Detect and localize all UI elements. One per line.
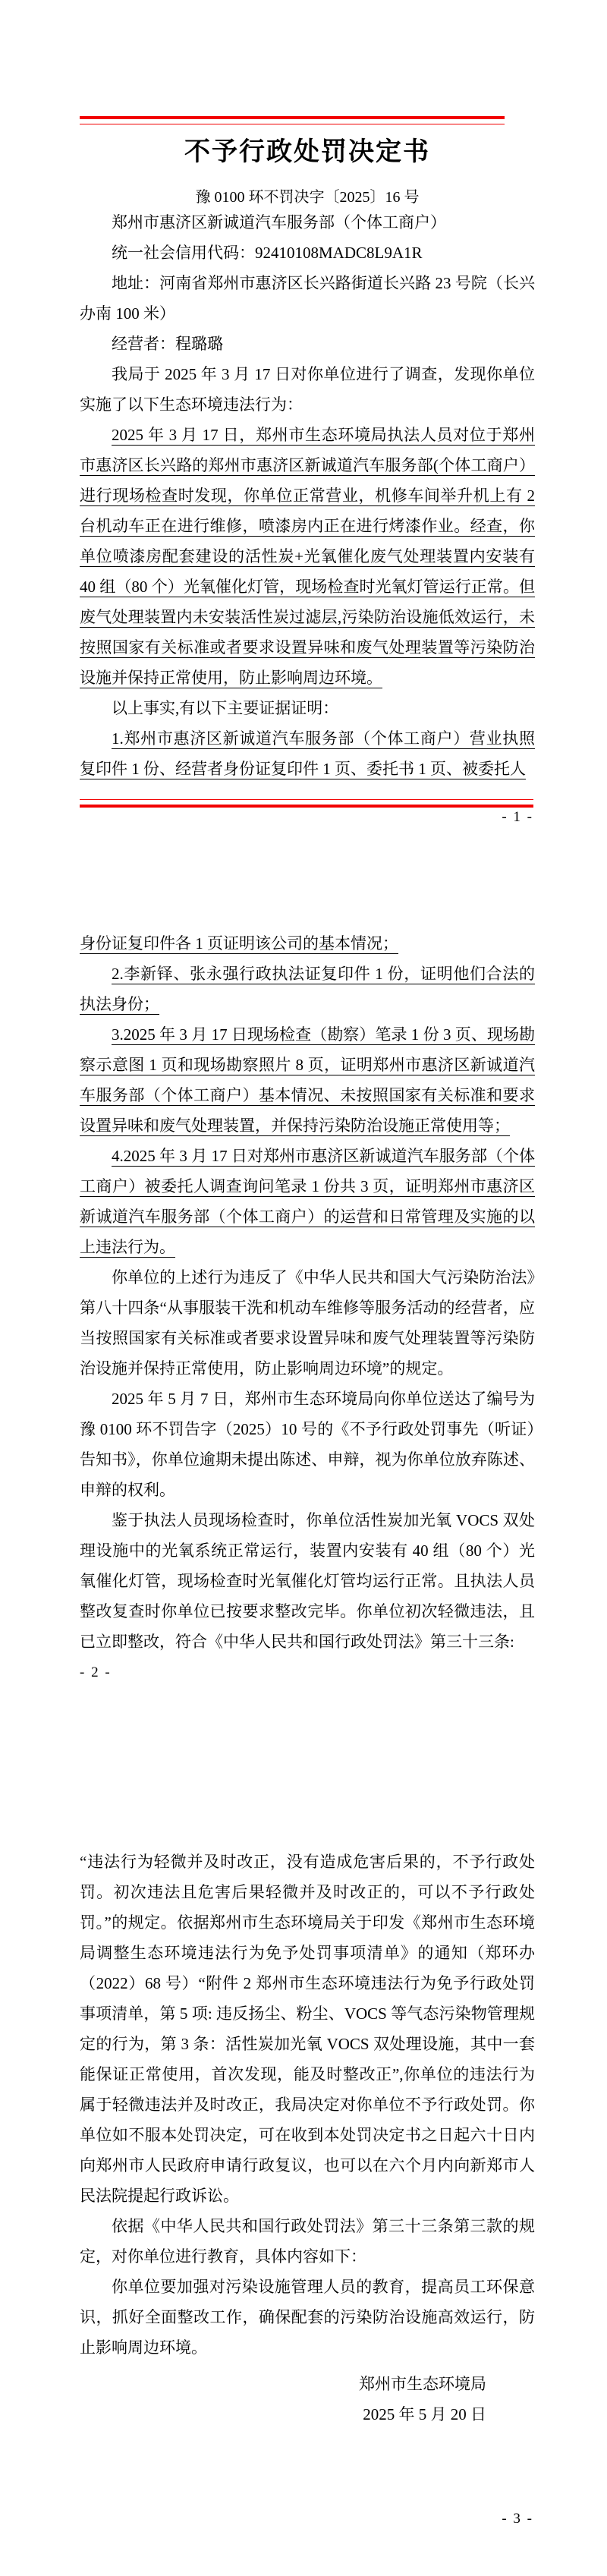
document-number: 豫 0100 环不罚决字〔2025〕16 号 — [80, 184, 535, 206]
document-title: 不予行政处罚决定书 — [80, 131, 535, 168]
paragraph: 1.郑州市惠济区新诚道汽车服务部（个体工商户）营业执照复印件 1 份、经营者身份… — [80, 723, 535, 784]
paragraph: “违法行为轻微并及时改正，没有造成危害后果的，不予行政处罚。初次违法且危害后果轻… — [80, 1847, 535, 2211]
page-2-body: 身份证复印件各 1 页证明该公司的基本情况；2.李新铎、张永强行政执法证复印件 … — [80, 928, 535, 1657]
page-3-body: “违法行为轻微并及时改正，没有造成危害后果的，不予行政处罚。初次违法且危害后果轻… — [80, 1847, 535, 2430]
paragraph: 地址：河南省郑州市惠济区长兴路街道长兴路 23 号院（长兴办南 100 米） — [80, 268, 535, 329]
page-number-2: - 2 - — [80, 1664, 533, 1681]
red-separator-bottom — [80, 799, 533, 808]
red-separator-top — [80, 116, 505, 124]
paragraph: 你单位的上述行为违反了《中华人民共和国大气污染防治法》第八十四条“从事服装干洗和… — [80, 1262, 535, 1384]
paragraph: 2025 年 3 月 17 日，郑州市生态环境局执法人员对位于郑州市惠济区长兴路… — [80, 420, 535, 693]
paragraph: 郑州市惠济区新诚道汽车服务部（个体工商户） — [80, 207, 535, 238]
paragraph: 2025 年 5 月 7 日，郑州市生态环境局向你单位送达了编号为豫 0100 … — [80, 1384, 535, 1505]
paragraph: 3.2025 年 3 月 17 日现场检查（勘察）笔录 1 份 3 页、现场勘察… — [80, 1019, 535, 1141]
document-scan: 不予行政处罚决定书 豫 0100 环不罚决字〔2025〕16 号 郑州市惠济区新… — [0, 0, 607, 2576]
page-number-3: - 3 - — [80, 2511, 533, 2527]
signature-issuer: 郑州市生态环境局 — [80, 2369, 535, 2399]
paragraph: 你单位要加强对污染设施管理人员的教育，提高员工环保意识，抓好全面整改工作，确保配… — [80, 2272, 535, 2363]
page-1-body: 郑州市惠济区新诚道汽车服务部（个体工商户）统一社会信用代码：92410108MA… — [80, 207, 535, 784]
paragraph: 统一社会信用代码：92410108MADC8L9A1R — [80, 238, 535, 268]
paragraph: 鉴于执法人员现场检查时，你单位活性炭加光氧 VOCS 双处理设施中的光氧系统正常… — [80, 1505, 535, 1657]
signature-date: 2025 年 5 月 20 日 — [80, 2399, 535, 2430]
paragraph: 依据《中华人民共和国行政处罚法》第三十三条第三款的规定，对你单位进行教育，具体内… — [80, 2211, 535, 2272]
paragraph: 身份证复印件各 1 页证明该公司的基本情况； — [80, 928, 535, 959]
page-number-1: - 1 - — [80, 809, 533, 826]
paragraph: 以上事实,有以下主要证据证明： — [80, 693, 535, 723]
paragraph: 2.李新铎、张永强行政执法证复印件 1 份，证明他们合法的执法身份； — [80, 959, 535, 1019]
paragraph: 我局于 2025 年 3 月 17 日对你单位进行了调查，发现你单位实施了以下生… — [80, 359, 535, 420]
paragraph: 经营者：程璐璐 — [80, 329, 535, 359]
paragraph: 4.2025 年 3 月 17 日对郑州市惠济区新诚道汽车服务部（个体工商户）被… — [80, 1141, 535, 1262]
